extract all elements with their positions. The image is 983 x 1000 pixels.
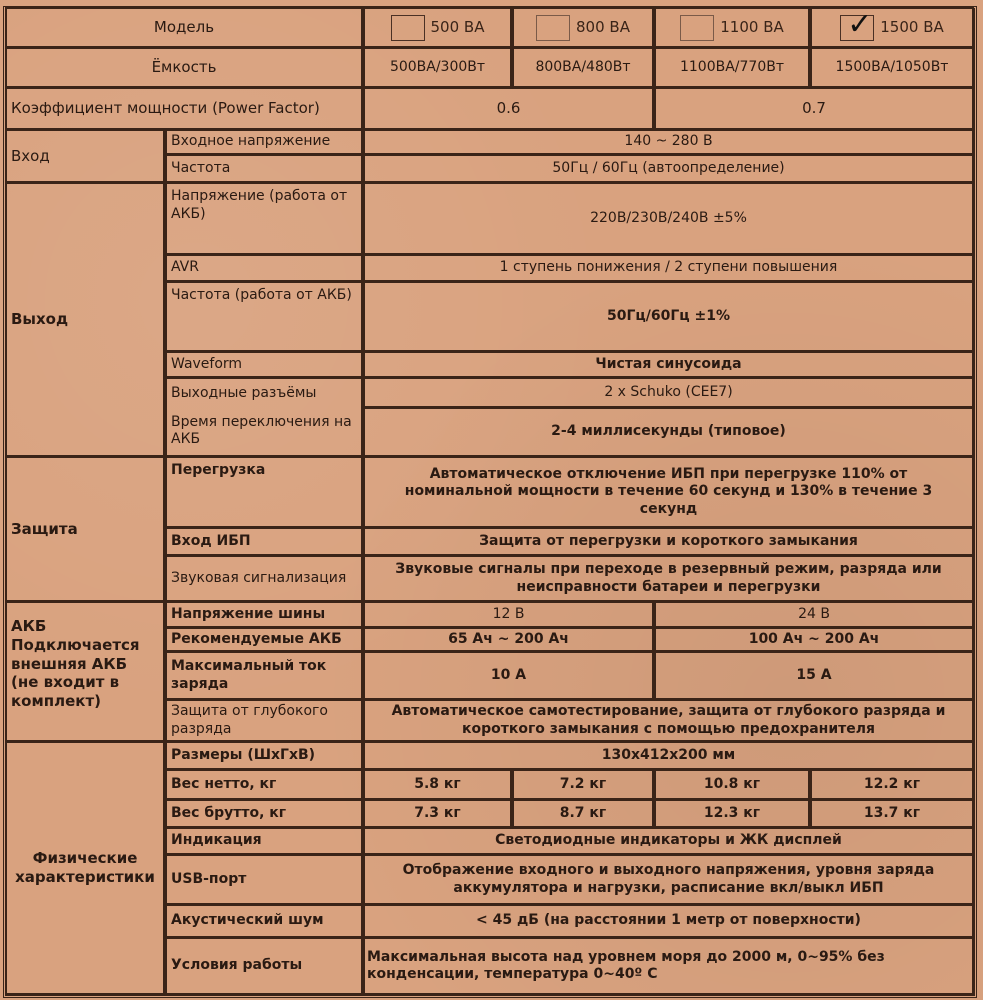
section-protection-title: Защита xyxy=(5,456,165,602)
waveform-value: Чистая синусоида xyxy=(363,351,974,378)
output-sockets-value: 2 x Schuko (CEE7) xyxy=(363,377,974,408)
model-option-1500[interactable]: ✓ 1500 BA xyxy=(810,7,974,48)
net-weight-label: Вес нетто, кг xyxy=(165,769,363,800)
section-physical-title: Физические характеристики xyxy=(5,741,165,995)
capacity-header: Ёмкость xyxy=(5,47,363,88)
checkbox-1500[interactable]: ✓ xyxy=(840,15,874,41)
gross-weight-800: 8.7 кг xyxy=(512,799,654,828)
ups-input-value: Защита от перегрузки и короткого замыкан… xyxy=(363,527,974,556)
output-voltage-value: 220В/230В/240В ±5% xyxy=(363,182,974,255)
gross-weight-1500: 13.7 кг xyxy=(810,799,974,828)
recommended-battery-label: Рекомендуемые АКБ xyxy=(165,627,363,652)
input-frequency-value: 50Гц / 60Гц (автоопределение) xyxy=(363,154,974,183)
transfer-time-value: 2-4 миллисекунды (типовое) xyxy=(363,407,974,457)
checkbox-1100[interactable] xyxy=(680,15,714,41)
alarm-label: Звуковая сигнализация xyxy=(165,555,363,602)
input-voltage-value: 140 ~ 280 В xyxy=(363,129,974,155)
usb-port-value: Отображение входного и выходного напряже… xyxy=(363,854,974,905)
net-weight-1100: 10.8 кг xyxy=(654,769,810,800)
power-factor-low: 0.6 xyxy=(363,87,654,130)
output-sockets-label: Выходные разъёмы xyxy=(165,377,363,408)
transfer-time-label: Время переключения на АКБ xyxy=(165,407,363,457)
section-battery-title: АКБ Подключается внешняя АКБ (не входит … xyxy=(5,601,165,742)
gross-weight-500: 7.3 кг xyxy=(363,799,512,828)
net-weight-1500: 12.2 кг xyxy=(810,769,974,800)
max-charge-current-low: 10 А xyxy=(363,651,654,700)
model-header: Модель xyxy=(5,7,363,48)
overload-value: Автоматическое отключение ИБП при перегр… xyxy=(363,456,974,528)
net-weight-800: 7.2 кг xyxy=(512,769,654,800)
overload-label: Перегрузка xyxy=(165,456,363,528)
noise-label: Акустический шум xyxy=(165,904,363,938)
model-label-500: 500 BA xyxy=(431,18,485,37)
output-voltage-label: Напряжение (работа от АКБ) xyxy=(165,182,363,255)
capacity-800: 800BA/480Вт xyxy=(512,47,654,88)
deep-discharge-label: Защита от глубокого разряда xyxy=(165,699,363,742)
alarm-value: Звуковые сигналы при переходе в резервны… xyxy=(363,555,974,602)
operating-conditions-value: Максимальная высота над уровнем моря до … xyxy=(363,937,974,995)
section-output-title: Выход xyxy=(5,182,165,457)
operating-conditions-label: Условия работы xyxy=(165,937,363,995)
checkbox-500[interactable] xyxy=(391,15,425,41)
max-charge-current-label: Максимальный ток заряда xyxy=(165,651,363,700)
gross-weight-1100: 12.3 кг xyxy=(654,799,810,828)
checkmark-icon: ✓ xyxy=(847,6,872,44)
avr-label: AVR xyxy=(165,254,363,282)
model-label-1500: 1500 BA xyxy=(880,18,944,37)
usb-port-label: USB-порт xyxy=(165,854,363,905)
indication-label: Индикация xyxy=(165,827,363,855)
noise-value: < 45 дБ (на расстоянии 1 метр от поверхн… xyxy=(363,904,974,938)
capacity-500: 500BA/300Вт xyxy=(363,47,512,88)
input-voltage-label: Входное напряжение xyxy=(165,129,363,155)
recommended-battery-high: 100 Ач ~ 200 Ач xyxy=(654,627,974,652)
ups-input-label: Вход ИБП xyxy=(165,527,363,556)
input-frequency-label: Частота xyxy=(165,154,363,183)
recommended-battery-low: 65 Ач ~ 200 Ач xyxy=(363,627,654,652)
indication-value: Светодиодные индикаторы и ЖК дисплей xyxy=(363,827,974,855)
bus-voltage-24v: 24 В xyxy=(654,601,974,628)
avr-value: 1 ступень понижения / 2 ступени повышени… xyxy=(363,254,974,282)
output-frequency-label: Частота (работа от АКБ) xyxy=(165,281,363,352)
capacity-1500: 1500BA/1050Вт xyxy=(810,47,974,88)
deep-discharge-value: Автоматическое самотестирование, защита … xyxy=(363,699,974,742)
dimensions-value: 130x412x200 мм xyxy=(363,741,974,770)
model-option-500[interactable]: 500 BA xyxy=(363,7,512,48)
model-option-800[interactable]: 800 BA xyxy=(512,7,654,48)
output-frequency-value: 50Гц/60Гц ±1% xyxy=(363,281,974,352)
net-weight-500: 5.8 кг xyxy=(363,769,512,800)
model-option-1100[interactable]: 1100 BA xyxy=(654,7,810,48)
max-charge-current-high: 15 А xyxy=(654,651,974,700)
gross-weight-label: Вес брутто, кг xyxy=(165,799,363,828)
waveform-label: Waveform xyxy=(165,351,363,378)
dimensions-label: Размеры (ШxГxВ) xyxy=(165,741,363,770)
power-factor-label: Коэффициент мощности (Power Factor) xyxy=(5,87,363,130)
power-factor-high: 0.7 xyxy=(654,87,974,130)
bus-voltage-label: Напряжение шины xyxy=(165,601,363,628)
model-label-800: 800 BA xyxy=(576,18,630,37)
model-label-1100: 1100 BA xyxy=(720,18,784,37)
capacity-1100: 1100BA/770Вт xyxy=(654,47,810,88)
checkbox-800[interactable] xyxy=(536,15,570,41)
section-input-title: Вход xyxy=(5,129,165,183)
bus-voltage-12v: 12 В xyxy=(363,601,654,628)
